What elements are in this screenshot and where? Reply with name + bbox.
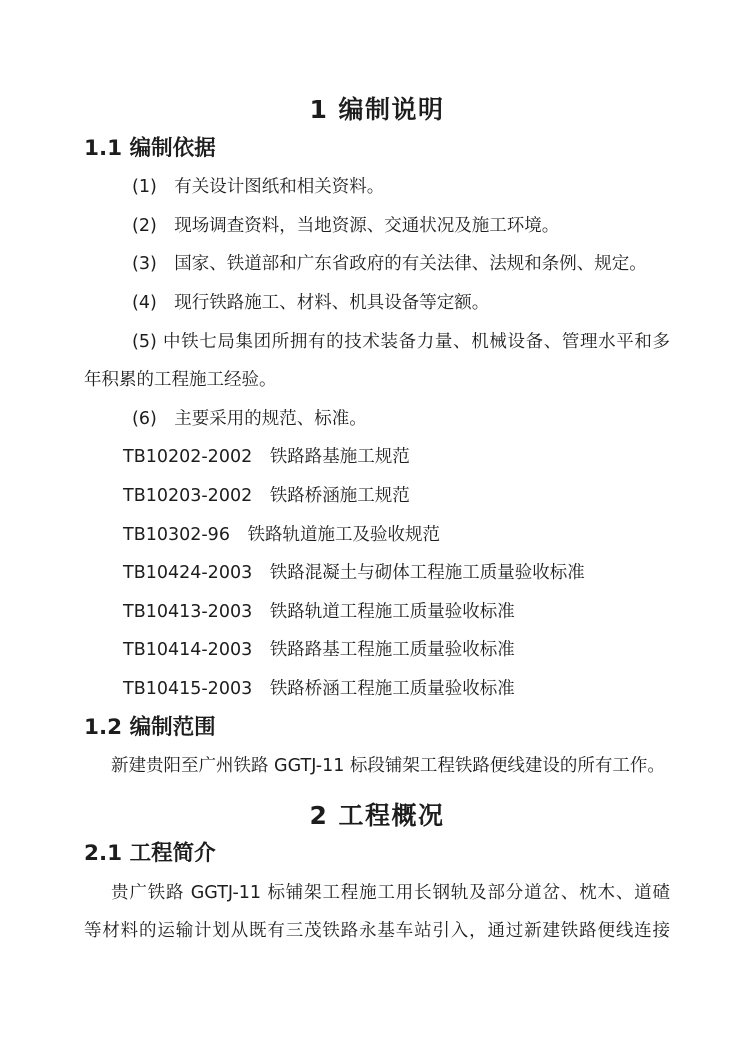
heading-1-2-scope: 1.2 编制范围 (84, 709, 670, 748)
basis-item-5-line-2: 年积累的工程施工经验。 (84, 361, 670, 400)
basis-item-4: (4) 现行铁路施工、材料、机具设备等定额。 (84, 284, 670, 323)
standard-line-3: TB10302-96 铁路轨道施工及验收规范 (84, 516, 670, 555)
basis-item-1: (1) 有关设计图纸和相关资料。 (84, 168, 670, 207)
standard-line-1: TB10202-2002 铁路路基施工规范 (84, 438, 670, 477)
standard-line-5: TB10413-2003 铁路轨道工程施工质量验收标准 (84, 593, 670, 632)
heading-1-1-basis: 1.1 编制依据 (84, 130, 670, 169)
scope-paragraph: 新建贵阳至广州铁路 GGTJ-11 标段铺架工程铁路便线建设的所有工作。 (84, 747, 670, 786)
basis-item-5-line-1: (5) 中铁七局集团所拥有的技术装备力量、机械设备、管理水平和多 (84, 323, 670, 362)
basis-item-6: (6) 主要采用的规范、标准。 (84, 400, 670, 439)
basis-item-2: (2) 现场调查资料，当地资源、交通状况及施工环境。 (84, 207, 670, 246)
intro-paragraph-line-1: 贵广铁路 GGTJ-11 标铺架工程施工用长钢轨及部分道岔、枕木、道碴 (84, 874, 670, 913)
intro-paragraph-line-2: 等材料的运输计划从既有三茂铁路永基车站引入，通过新建铁路便线连接 (84, 912, 670, 951)
heading-2-1-intro: 2.1 工程简介 (84, 835, 670, 874)
document-page: 1 编制说明 1.1 编制依据 (1) 有关设计图纸和相关资料。 (2) 现场调… (0, 0, 744, 1052)
standard-line-7: TB10415-2003 铁路桥涵工程施工质量验收标准 (84, 670, 670, 709)
section-2-title: 2 工程概况 (84, 797, 670, 836)
standard-line-4: TB10424-2003 铁路混凝土与砌体工程施工质量验收标准 (84, 554, 670, 593)
standard-line-2: TB10203-2002 铁路桥涵施工规范 (84, 477, 670, 516)
standard-line-6: TB10414-2003 铁路路基工程施工质量验收标准 (84, 631, 670, 670)
section-1-title: 1 编制说明 (84, 91, 670, 130)
basis-item-3: (3) 国家、铁道部和广东省政府的有关法律、法规和条例、规定。 (84, 245, 670, 284)
